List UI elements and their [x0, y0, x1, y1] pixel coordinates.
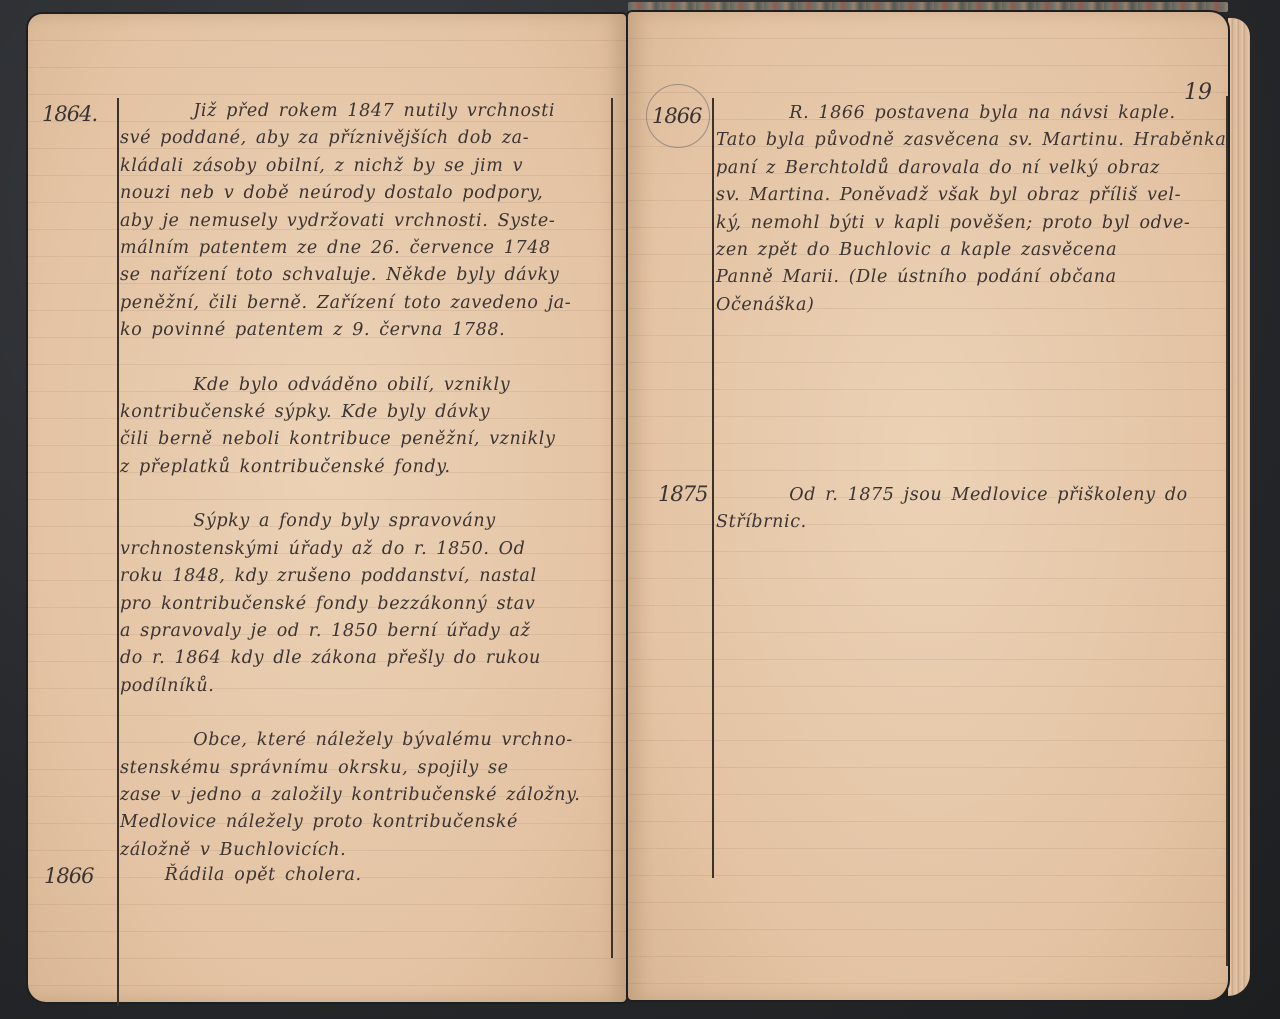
text-line: čili berně neboli kontribuce peněžní, vz…: [120, 426, 610, 453]
text-line: Sýpky a fondy byly spravovány: [120, 508, 610, 535]
text-line: Řádila opět cholera.: [128, 862, 608, 889]
text-line: do r. 1864 kdy dle zákona přešly do ruko…: [120, 645, 610, 672]
text-line: podílníků.: [120, 673, 610, 700]
paragraph-contribution-granaries: Kde bylo odváděno obilí, vznikly kontrib…: [120, 372, 610, 482]
text-line: málním patentem ze dne 26. července 1748: [120, 235, 610, 262]
text-line: zase v jedno a založily kontribučenské z…: [120, 782, 610, 809]
text-line: sv. Martina. Poněvadž však byl obraz pří…: [716, 182, 1224, 209]
text-line: a spravovaly je od r. 1850 berní úřady a…: [120, 618, 610, 645]
text-line: Panně Marii. (Dle ústního podání občana: [716, 264, 1224, 291]
text-line: Stříbrnic.: [716, 509, 1224, 536]
text-line: Od r. 1875 jsou Medlovice přiškoleny do: [716, 482, 1224, 509]
text-line: R. 1866 postavena byla na návsi kaple.: [716, 100, 1224, 127]
right-margin-rule: [1226, 96, 1228, 966]
entry-year-1875: 1875: [658, 482, 707, 506]
paragraph-savings-banks: Obce, které náležely bývalému vrchno- st…: [120, 727, 610, 864]
text-line: své poddané, aby za příznivějších dob za…: [120, 125, 610, 152]
entry-1866-cholera-text: Řádila opět cholera.: [128, 862, 608, 889]
text-line: vrchnostenskými úřady až do r. 1850. Od: [120, 536, 610, 563]
text-line: roku 1848, kdy zrušeno poddanství, nasta…: [120, 563, 610, 590]
text-line: Obce, které náležely bývalému vrchno-: [120, 727, 610, 754]
entry-1875-school-text: Od r. 1875 jsou Medlovice přiškoleny do …: [716, 482, 1224, 537]
text-line: Medlovice náležely proto kontribučenské: [120, 809, 610, 836]
text-line: peněžní, čili berně. Zařízení toto zaved…: [120, 290, 610, 317]
entry-1866-chapel-text: R. 1866 postavena byla na návsi kaple. T…: [716, 100, 1224, 319]
left-margin-rule: [117, 98, 119, 1006]
marbled-page-edge: [628, 2, 1228, 12]
text-line: se nařízení toto schvaluje. Někde byly d…: [120, 262, 610, 289]
text-line: Očenáška): [716, 292, 1224, 319]
text-line: stenskému správnímu okrsku, spojily se: [120, 755, 610, 782]
text-line: z přeplatků kontribučenské fondy.: [120, 454, 610, 481]
text-line: ký, nemohl býti v kapli pověšen; proto b…: [716, 210, 1224, 237]
text-line: záložně v Buchlovicích.: [120, 837, 610, 864]
text-line: nouzi neb v době neúrody dostalo podpory…: [120, 180, 610, 207]
right-page: 19 1866 R. 1866 postavena byla na návsi …: [628, 12, 1228, 1000]
entry-year-1866: 1866: [44, 864, 93, 888]
text-line: Již před rokem 1847 nutily vrchnosti: [120, 98, 610, 125]
paragraph-fund-administration: Sýpky a fondy byly spravovány vrchnosten…: [120, 508, 610, 700]
open-notebook-scan: 1864. Již před rokem 1847 nutily vrchnos…: [0, 0, 1280, 1019]
text-line: pro kontribučenské fondy bezzákonný stav: [120, 591, 610, 618]
text-line: ko povinné patentem z 9. června 1788.: [120, 317, 610, 344]
text-line: zen zpět do Buchlovic a kaple zasvěcena: [716, 237, 1224, 264]
text-line: kládali zásoby obilní, z nichž by se jim…: [120, 153, 610, 180]
entry-1864-text: Již před rokem 1847 nutily vrchnosti své…: [120, 98, 610, 864]
text-line: aby je nemusely vydržovati vrchnosti. Sy…: [120, 208, 610, 235]
text-line: Tato byla původně zasvěcena sv. Martinu.…: [716, 127, 1224, 154]
entry-year-1866: 1866: [652, 104, 701, 128]
left-margin-rule: [712, 98, 714, 878]
left-page: 1864. Již před rokem 1847 nutily vrchnos…: [28, 14, 626, 1002]
left-right-margin-rule: [611, 98, 613, 958]
paragraph-granaries-origin: Již před rokem 1847 nutily vrchnosti své…: [120, 98, 610, 345]
text-line: Kde bylo odváděno obilí, vznikly: [120, 372, 610, 399]
page-stack-edge: [1228, 18, 1250, 996]
text-line: paní z Berchtoldů darovala do ní velký o…: [716, 155, 1224, 182]
entry-year-1864: 1864.: [42, 102, 97, 126]
text-line: kontribučenské sýpky. Kde byly dávky: [120, 399, 610, 426]
